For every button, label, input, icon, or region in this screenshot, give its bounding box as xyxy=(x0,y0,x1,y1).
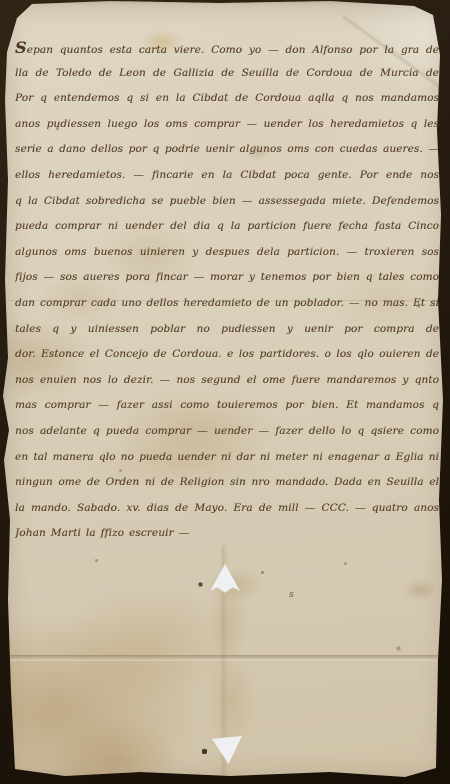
text-line: mas comprar — fazer assi como touieremos… xyxy=(15,393,439,419)
text-line: en tal manera qlo no pueda uender ni dar… xyxy=(15,445,439,471)
text-line: dor. Estonce el Concejo de Cordoua. e lo… xyxy=(15,342,439,368)
text-line: algunos oms buenos uinieren y despues de… xyxy=(15,240,439,266)
text-line: pueda comprar ni uender del dia q la par… xyxy=(15,214,439,240)
text-line: la mando. Sabado. xv. dias de Mayo. Era … xyxy=(15,496,439,522)
fold-crease-lower xyxy=(0,655,450,661)
seal-slit-lower xyxy=(212,736,242,764)
text-line: tales q y uiniessen poblar no pudiessen … xyxy=(15,317,439,343)
manuscript-text: Sepan quantos esta carta viere. Como yo … xyxy=(15,35,439,547)
flourish-mark: s xyxy=(289,590,294,600)
text-line: ellos heredamietos. — fincarie en la Cib… xyxy=(15,163,439,189)
text-line: dan comprar cada uno dellos heredamieto … xyxy=(15,291,439,317)
text-line: serie a dano dellos por q podrie uenir a… xyxy=(15,137,439,163)
photo-background: Sepan quantos esta carta viere. Como yo … xyxy=(0,0,450,784)
text-line: anos pudiessen luego los oms comprar — u… xyxy=(15,112,439,138)
text-line: nos enuien nos lo dezir. — nos segund el… xyxy=(15,368,439,394)
text-line: Sepan quantos esta carta viere. Como yo … xyxy=(15,35,439,61)
seal-slit-upper xyxy=(210,564,240,594)
text-line: lla de Toledo de Leon de Gallizia de Seu… xyxy=(15,61,439,87)
text-line: ningun ome de Orden ni de Religion sin n… xyxy=(15,470,439,496)
ink-speck-layer xyxy=(0,0,1,1)
text-line: fijos — sos aueres pora fincar — morar y… xyxy=(15,265,439,291)
text-line: q la Cibdat sobredicha se pueble bien — … xyxy=(15,189,439,215)
text-line-signature: Johan Marti la ffizo escreuir — xyxy=(15,521,439,547)
text-line: nos adelante q pueda comprar — uender — … xyxy=(15,419,439,445)
text-line: Por q entendemos q si en la Cibdat de Co… xyxy=(15,86,439,112)
parchment-sheet: Sepan quantos esta carta viere. Como yo … xyxy=(0,0,450,784)
